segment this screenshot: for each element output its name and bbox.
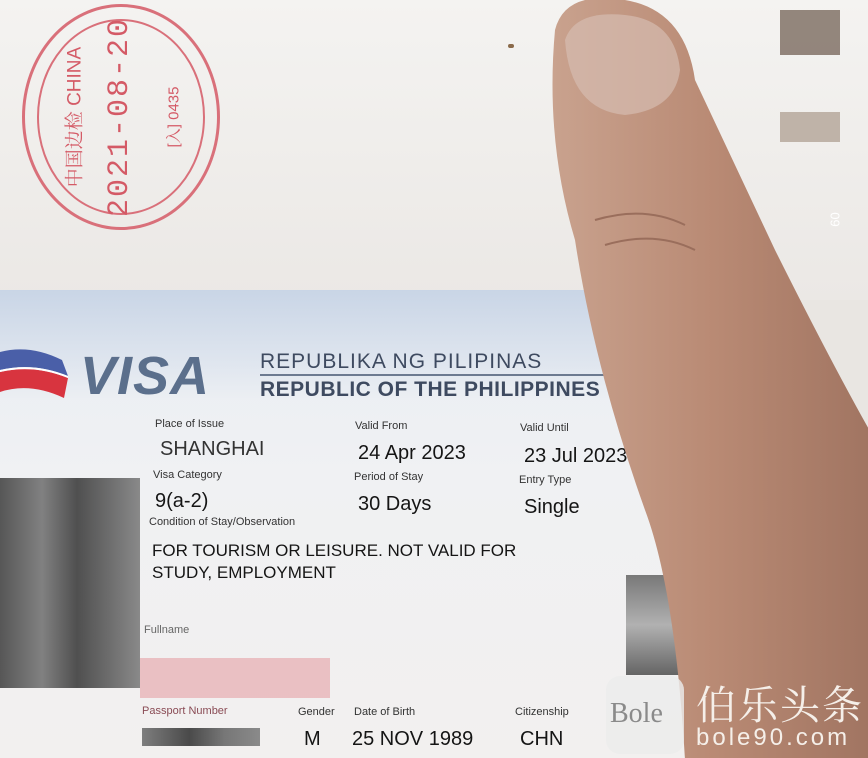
period-of-stay-value: 30 Days <box>358 493 431 516</box>
place-of-issue-label: Place of Issue <box>155 418 224 430</box>
corner-redacted-2 <box>780 112 840 142</box>
immigration-stamp: 中国边检 CHINA 2021-08-20 [入] 0435 <box>22 4 220 230</box>
photo-redacted <box>0 478 140 688</box>
period-of-stay-label: Period of Stay <box>354 471 423 483</box>
condition-line-2: STUDY, EMPLOYMENT <box>152 562 516 584</box>
watermark-url: bole90.com <box>696 724 850 752</box>
gender-label: Gender <box>298 706 335 718</box>
valid-from-value: 24 Apr 2023 <box>358 442 466 465</box>
watermark-logo-text: Bole <box>610 698 663 730</box>
flag-ribbon-icon <box>0 348 70 398</box>
fullname-label: Fullname <box>144 624 189 636</box>
corner-redacted-1 <box>780 10 840 55</box>
condition-line-1: FOR TOURISM OR LEISURE. NOT VALID FOR <box>152 540 516 562</box>
condition-label: Condition of Stay/Observation <box>149 516 295 528</box>
valid-from-label: Valid From <box>355 420 407 432</box>
stamp-country: 中国边检 CHINA <box>60 47 87 187</box>
passport-number-label: Passport Number <box>142 705 228 717</box>
date-of-birth-value: 25 NOV 1989 <box>352 728 473 751</box>
stamp-date: 2021-08-20 <box>103 17 137 217</box>
gender-value: M <box>304 728 321 751</box>
page-edge-number: 09 <box>828 212 843 226</box>
ink-dot <box>508 44 514 48</box>
visa-category-label: Visa Category <box>153 469 222 481</box>
stamp-code: [入] 0435 <box>163 87 184 148</box>
date-of-birth-label: Date of Birth <box>354 706 415 718</box>
watermark-name: 伯乐头条 <box>696 674 864 731</box>
fullname-redacted <box>140 658 330 698</box>
passport-number-redacted <box>142 728 260 746</box>
place-of-issue-value: SHANGHAI <box>160 438 264 461</box>
condition-text: FOR TOURISM OR LEISURE. NOT VALID FOR ST… <box>152 540 516 584</box>
visa-category-value: 9(a-2) <box>155 490 208 513</box>
visa-title: VISA <box>80 345 210 407</box>
watermark-logo: Bole <box>606 676 684 754</box>
country-name-local: REPUBLIKA NG PILIPINAS <box>260 350 542 374</box>
